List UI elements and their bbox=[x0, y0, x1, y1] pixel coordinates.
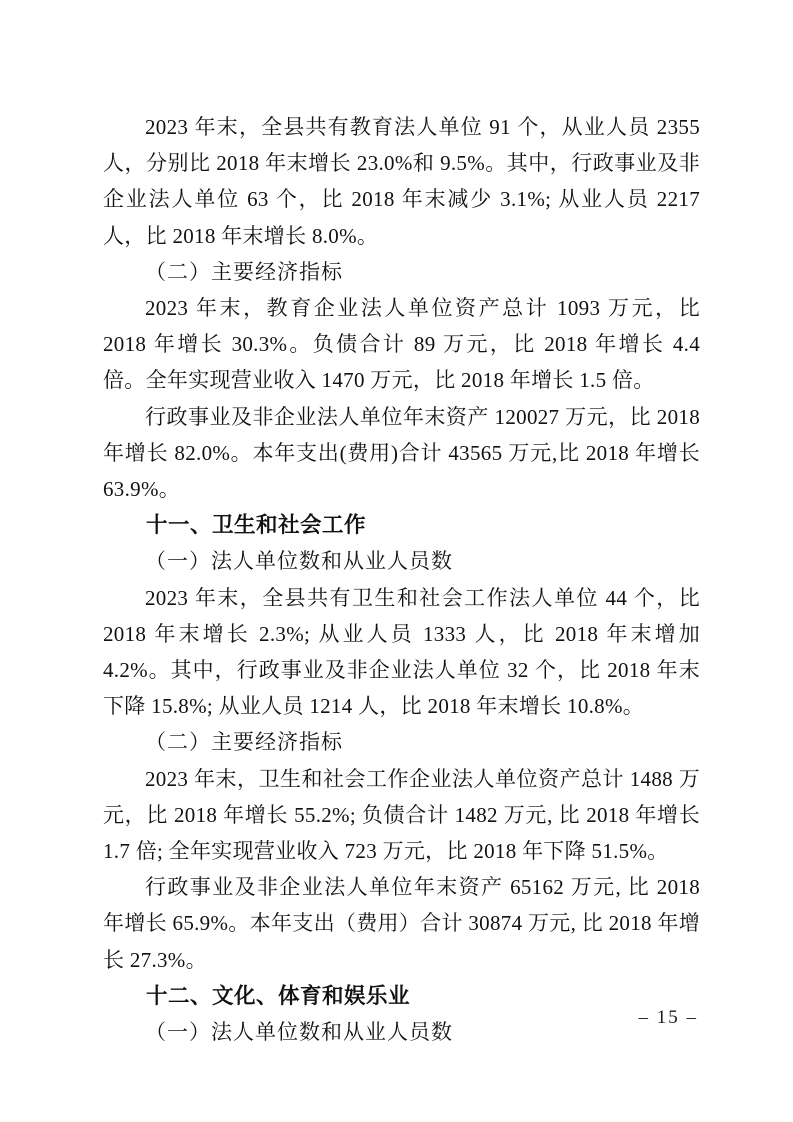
page-number: – 15 – bbox=[639, 1005, 699, 1031]
subsection-heading: （一）法人单位数和从业人员数 bbox=[103, 543, 700, 579]
body-paragraph: 2023 年末，教育企业法人单位资产总计 1093 万元，比 2018 年增长 … bbox=[103, 290, 700, 399]
body-paragraph: 2023 年末，全县共有卫生和社会工作法人单位 44 个，比 2018 年末增长… bbox=[103, 580, 700, 725]
section-heading: 十二、文化、体育和娱乐业 bbox=[103, 978, 700, 1014]
subsection-heading: （二）主要经济指标 bbox=[103, 724, 700, 760]
section-heading: 十一、卫生和社会工作 bbox=[103, 507, 700, 543]
body-paragraph: 行政事业及非企业法人单位年末资产 65162 万元, 比 2018 年增长 65… bbox=[103, 869, 700, 978]
body-paragraph: 2023 年末，卫生和社会工作企业法人单位资产总计 1488 万元，比 2018… bbox=[103, 761, 700, 870]
document-body: 2023 年末，全县共有教育法人单位 91 个，从业人员 2355 人，分别比 … bbox=[103, 109, 700, 1050]
body-paragraph: 行政事业及非企业法人单位年末资产 120027 万元，比 2018 年增长 82… bbox=[103, 399, 700, 508]
body-paragraph: 2023 年末，全县共有教育法人单位 91 个，从业人员 2355 人，分别比 … bbox=[103, 109, 700, 254]
subsection-heading: （一）法人单位数和从业人员数 bbox=[103, 1014, 700, 1050]
subsection-heading: （二）主要经济指标 bbox=[103, 254, 700, 290]
document-page: 2023 年末，全县共有教育法人单位 91 个，从业人员 2355 人，分别比 … bbox=[0, 0, 793, 1122]
